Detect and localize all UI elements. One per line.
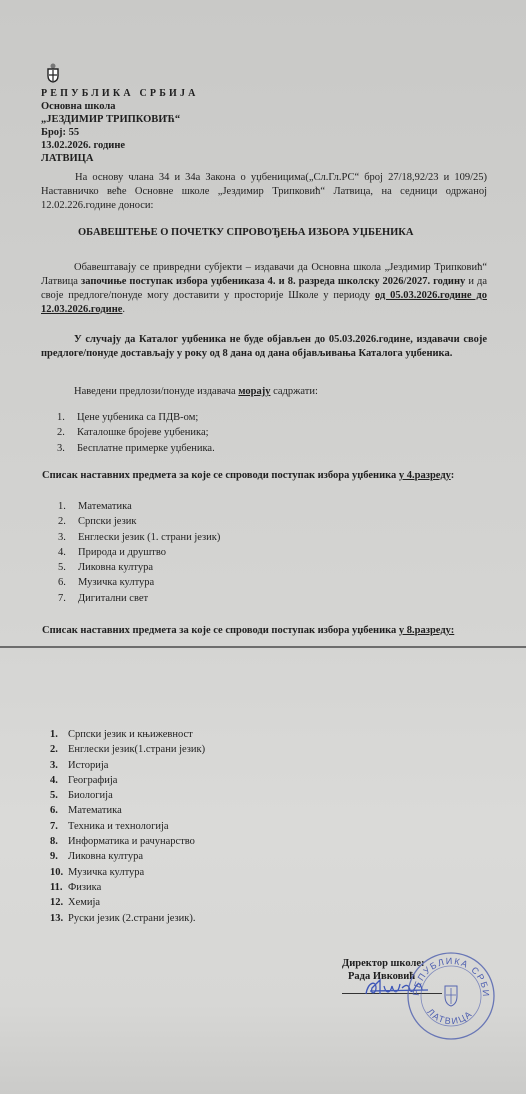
list-item: 9.Ликовна култура — [50, 849, 205, 864]
list-item: 13.Руски језик (2.страни језик). — [50, 911, 205, 926]
country-name: РЕПУБЛИКА СРБИЈА — [41, 88, 199, 100]
list-item: 2.Енглески језик(1.страни језик) — [50, 742, 205, 757]
page-fold-line — [0, 646, 526, 648]
document-place: ЛАТВИЦА — [41, 153, 93, 165]
grade4-heading: Списак наставних предмета за које се спр… — [42, 470, 454, 481]
intro-paragraph: На основу члана 34 и 34а Закона о уџбени… — [41, 171, 487, 213]
list-item: 2.Каталошке бројеве уџбеника; — [57, 425, 215, 440]
list-item: 1.Цене уџбеника са ПДВ-ом; — [57, 410, 215, 425]
notice-text-end: . — [122, 304, 125, 315]
list-item: 3.Енглески језик (1. страни језик) — [58, 530, 220, 545]
list-item: 3.Историја — [50, 758, 205, 773]
list-item: 6.Математика — [50, 803, 205, 818]
grade8-heading: Списак наставних предмета за које се спр… — [42, 625, 454, 636]
list-item: 2.Српски језик — [58, 514, 220, 529]
list-item: 6.Музичка култура — [58, 575, 220, 590]
institution-type: Основна школа — [41, 101, 116, 113]
grade8-heading-text: Списак наставних предмета за које се спр… — [42, 625, 399, 636]
requirements-lead-end: садржати: — [270, 386, 317, 397]
coat-of-arms-icon — [47, 63, 59, 83]
list-item: 8.Информатика и рачунарство — [50, 834, 205, 849]
grade4-subject-list: 1.Математика 2.Српски језик 3.Енглески ј… — [58, 499, 220, 606]
catalog-note: У случају да Каталог уџбеника не буде об… — [41, 333, 487, 361]
svg-text:ЛАТВИЦА: ЛАТВИЦА — [425, 1007, 474, 1027]
list-item: 7.Техника и технологија — [50, 819, 205, 834]
notice-paragraph: Обавештавају се привредни субјекти – изд… — [41, 261, 487, 317]
requirements-must: морају — [238, 386, 270, 397]
list-item: 10.Музичка култура — [50, 865, 205, 880]
list-item: 11.Физика — [50, 880, 205, 895]
notice-text-bold: започиње поступак избора уџбениказа 4. и… — [81, 276, 465, 287]
list-item: 7.Дигитални свет — [58, 591, 220, 606]
school-name: „ЈЕЗДИМИР ТРИПКОВИЋ“ — [41, 114, 180, 126]
requirements-lead: Наведени предлози/понуде издавача морају… — [74, 385, 318, 399]
list-item: 1.Српски језик и књижевност — [50, 727, 205, 742]
document-number: Број: 55 — [41, 127, 79, 139]
grade4-label: у 4.разреду — [399, 470, 451, 481]
list-item: 5.Ликовна култура — [58, 560, 220, 575]
document-date: 13.02.2026. године — [41, 140, 125, 152]
requirements-lead-text: Наведени предлози/понуде издавача — [74, 386, 238, 397]
list-item: 4.Природа и друштво — [58, 545, 220, 560]
list-item: 1.Математика — [58, 499, 220, 514]
grade4-heading-text: Списак наставних предмета за које се спр… — [42, 470, 399, 481]
list-item: 4.Географија — [50, 773, 205, 788]
official-stamp-icon: РЕПУБЛИКА СРБИЈА ЛАТВИЦА — [405, 950, 497, 1042]
list-item: 12.Хемија — [50, 895, 205, 910]
list-item: 5.Биологија — [50, 788, 205, 803]
grade4-heading-end: : — [451, 470, 455, 481]
requirements-list: 1.Цене уџбеника са ПДВ-ом; 2.Каталошке б… — [57, 410, 215, 456]
svg-text:РЕПУБЛИКА СРБИЈА: РЕПУБЛИКА СРБИЈА — [405, 950, 491, 998]
list-item: 3.Бесплатне примерке уџбеника. — [57, 441, 215, 456]
grade8-subject-list: 1.Српски језик и књижевност 2.Енглески ј… — [50, 727, 205, 926]
document-title: ОБАВЕШТЕЊЕ О ПОЧЕТКУ СПРОВОЂЕЊА ИЗБОРА У… — [78, 227, 414, 238]
grade8-label: у 8.разреду: — [399, 625, 454, 636]
